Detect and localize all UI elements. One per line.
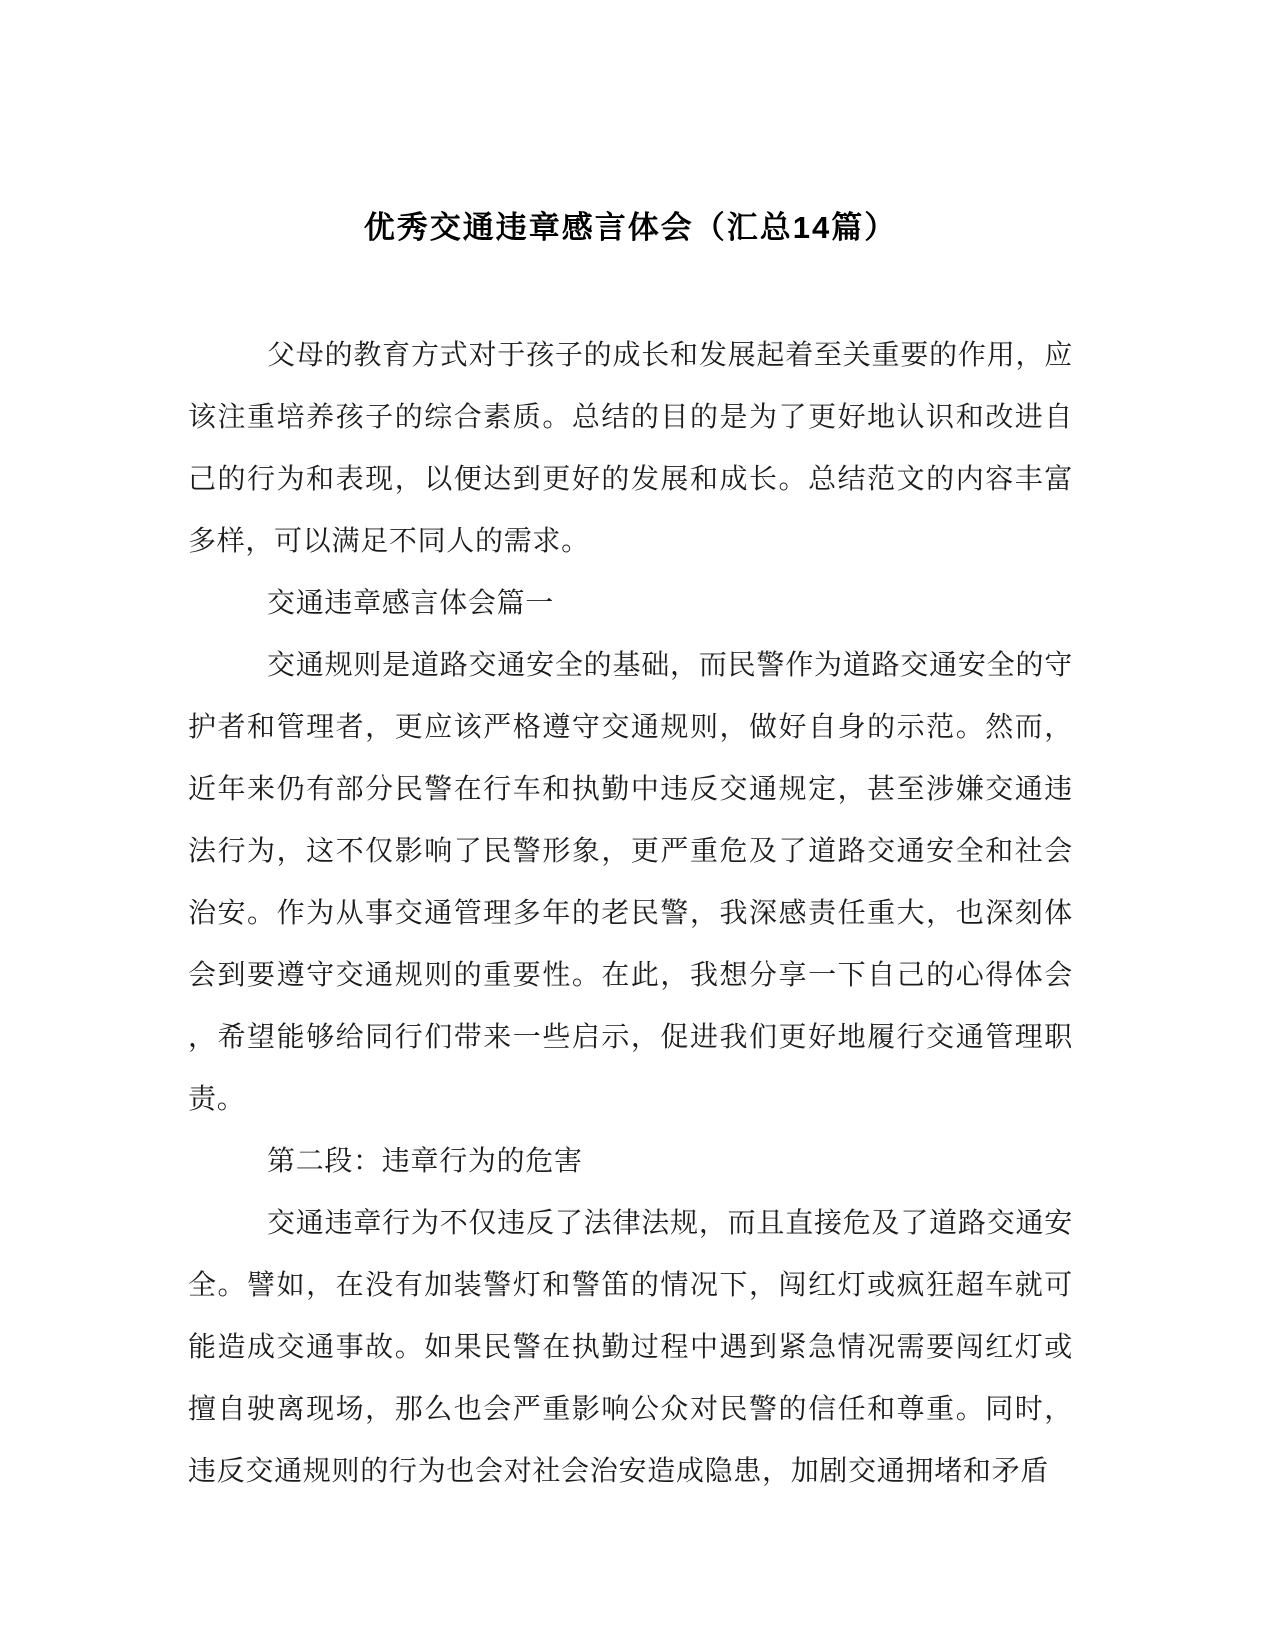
document-body: 父母的教育方式对于孩子的成长和发展起着至关重要的作用，应该注重培养孩子的综合素质… bbox=[188, 324, 1073, 1502]
paragraph-intro: 父母的教育方式对于孩子的成长和发展起着至关重要的作用，应该注重培养孩子的综合素质… bbox=[188, 324, 1073, 572]
paragraph-section-heading-1: 交通违章感言体会篇一 bbox=[188, 572, 1073, 634]
paragraph-essay-body-1: 交通规则是道路交通安全的基础，而民警作为道路交通安全的守护者和管理者，更应该严格… bbox=[188, 634, 1073, 1130]
document-title: 优秀交通违章感言体会（汇总14篇） bbox=[188, 196, 1073, 260]
paragraph-essay-body-2: 交通违章行为不仅违反了法律法规，而且直接危及了道路交通安全。譬如，在没有加装警灯… bbox=[188, 1192, 1073, 1502]
paragraph-section-heading-2: 第二段：违章行为的危害 bbox=[188, 1130, 1073, 1192]
document-page: 优秀交通违章感言体会（汇总14篇） 父母的教育方式对于孩子的成长和发展起着至关重… bbox=[0, 0, 1275, 1650]
